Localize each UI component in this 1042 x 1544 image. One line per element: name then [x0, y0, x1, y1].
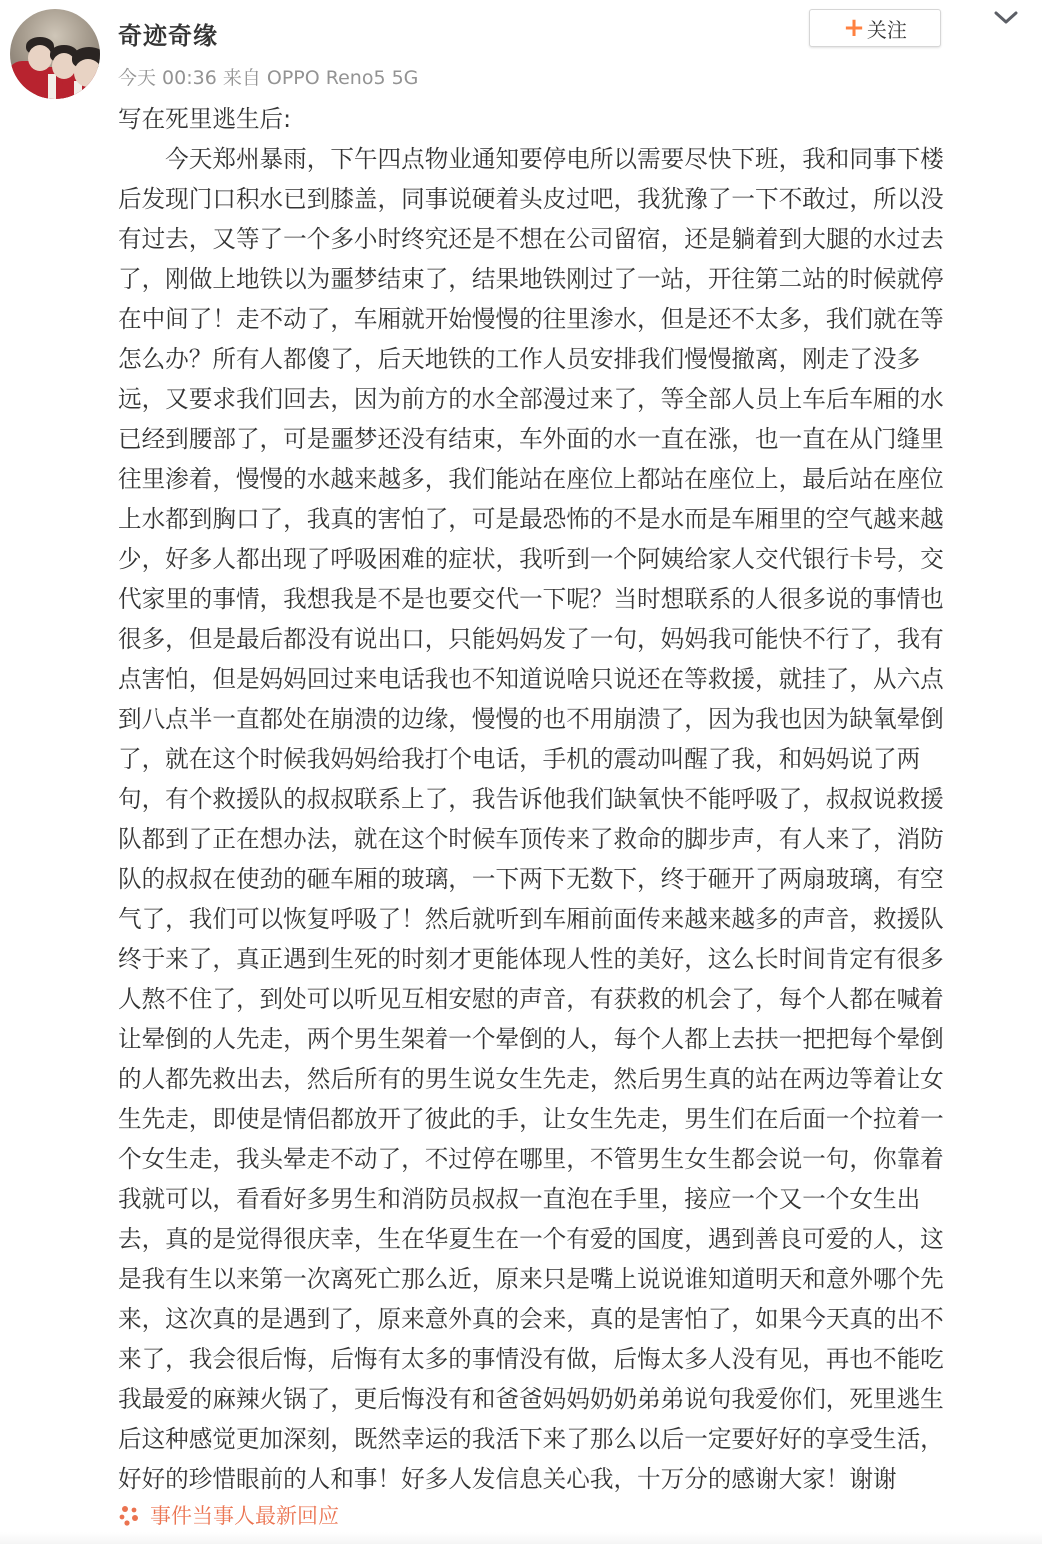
- avatar[interactable]: [10, 9, 100, 99]
- avatar-figure: [48, 74, 56, 99]
- author-name[interactable]: 奇迹奇缘: [118, 16, 218, 51]
- body-line: 好好的珍惜眼前的人和事！好多人发信息关心我，十万分的感谢大家！谢谢: [118, 1459, 1018, 1499]
- chevron-down-icon[interactable]: [992, 8, 1020, 28]
- body-line: 终于来了，真正遇到生死的时刻才更能体现人性的美好，这么长时间肯定有很多: [118, 939, 1018, 979]
- body-line: 往里渗着，慢慢的水越来越多，我们能站在座位上都站在座位上，最后站在座位: [118, 459, 1018, 499]
- body-line: 让晕倒的人先走，两个男生架着一个晕倒的人，每个人都上去扶一把把每个晕倒: [118, 1019, 1018, 1059]
- body-line: 来了，我会很后悔，后悔有太多的事情没有做，后悔太多人没有见，再也不能吃: [118, 1339, 1018, 1379]
- body-line: 到八点半一直都处在崩溃的边缘，慢慢的也不用崩溃了，因为我也因为缺氧晕倒: [118, 699, 1018, 739]
- body-line: 代家里的事情，我想我是不是也要交代一下呢？当时想联系的人很多说的事情也: [118, 579, 1018, 619]
- topic-dots-icon: [118, 1504, 140, 1526]
- body-line: 有过去，又等了一个多小时终究还是不想在公司留宿，还是躺着到大腿的水过去: [118, 219, 1018, 259]
- bottom-divider: [0, 1532, 1042, 1544]
- body-line: 少，好多人都出现了呼吸困难的症状，我听到一个阿姨给家人交代银行卡号，交: [118, 539, 1018, 579]
- body-line: 我最爱的麻辣火锅了，更后悔没有和爸爸妈妈奶奶弟弟说句我爱你们，死里逃生: [118, 1379, 1018, 1419]
- body-line: 后这种感觉更加深刻，既然幸运的我活下来了那么以后一定要好好的享受生活，: [118, 1419, 1018, 1459]
- body-line: 是我有生以来第一次离死亡那么近，原来只是嘴上说说谁知道明天和意外哪个先: [118, 1259, 1018, 1299]
- body-line: 队都到了正在想办法，就在这个时候车顶传来了救命的脚步声，有人来了，消防: [118, 819, 1018, 859]
- follow-label: 关注: [867, 14, 907, 43]
- body-line: 了，刚做上地铁以为噩梦结束了，结果地铁刚过了一站，开往第二站的时候就停: [118, 259, 1018, 299]
- body-line: 点害怕，但是妈妈回过来电话我也不知道说啥只说还在等救援，就挂了，从六点: [118, 659, 1018, 699]
- post-content: 写在死里逃生后: 今天郑州暴雨，下午四点物业通知要停电所以需要尽快下班，我和同事…: [118, 99, 1018, 1499]
- topic-link[interactable]: 事件当事人最新回应: [118, 1500, 339, 1530]
- body-line: 在中间了！走不动了，车厢就开始慢慢的往里渗水，但是还不太多，我们就在等: [118, 299, 1018, 339]
- body-line: 怎么办？所有人都傻了，后天地铁的工作人员安排我们慢慢撤离，刚走了没多: [118, 339, 1018, 379]
- body-line: 很多，但是最后都没有说出口，只能妈妈发了一句，妈妈我可能快不行了，我有: [118, 619, 1018, 659]
- body-line: 后发现门口积水已到膝盖，同事说硬着头皮过吧，我犹豫了一下不敢过，所以没: [118, 179, 1018, 219]
- body-line: 的人都先救出去，然后所有的男生说女生先走，然后男生真的站在两边等着让女: [118, 1059, 1018, 1099]
- plus-icon: +: [843, 15, 865, 41]
- body-line: 气了，我们可以恢复呼吸了！然后就听到车厢前面传来越来越多的声音，救援队: [118, 899, 1018, 939]
- body-line: 上水都到胸口了，我真的害怕了，可是最恐怖的不是水而是车厢里的空气越来越: [118, 499, 1018, 539]
- body-line: 人熬不住了，到处可以听见互相安慰的声音，有获救的机会了，每个人都在喊着: [118, 979, 1018, 1019]
- body-line: 我就可以，看看好多男生和消防员叔叔一直泡在手里，接应一个又一个女生出: [118, 1179, 1018, 1219]
- body-line: 今天郑州暴雨，下午四点物业通知要停电所以需要尽快下班，我和同事下楼: [118, 139, 1018, 179]
- body-line: 了，就在这个时候我妈妈给我打个电话，手机的震动叫醒了我，和妈妈说了两: [118, 739, 1018, 779]
- body-line: 队的叔叔在使劲的砸车厢的玻璃，一下两下无数下，终于砸开了两扇玻璃，有空: [118, 859, 1018, 899]
- body-line: 远，又要求我们回去，因为前方的水全部漫过来了，等全部人员上车后车厢的水: [118, 379, 1018, 419]
- body-line: 来，这次真的是遇到了，原来意外真的会来，真的是害怕了，如果今天真的出不: [118, 1299, 1018, 1339]
- body-line: 生先走，即使是情侣都放开了彼此的手，让女生先走，男生们在后面一个拉着一: [118, 1099, 1018, 1139]
- body-line: 句，有个救援队的叔叔联系上了，我告诉他我们缺氧快不能呼吸了，叔叔说救援: [118, 779, 1018, 819]
- post-meta: 今天 00:36 来自 OPPO Reno5 5G: [118, 63, 418, 90]
- avatar-figure: [74, 59, 100, 87]
- avatar-figure: [28, 45, 52, 71]
- topic-label: 事件当事人最新回应: [150, 1500, 339, 1530]
- follow-button[interactable]: + 关注: [809, 9, 941, 47]
- body-line: 个女生走，我头晕走不动了，不过停在哪里，不管男生女生都会说一句，你靠着: [118, 1139, 1018, 1179]
- body-line: 去，真的是觉得很庆幸，生在华夏生在一个有爱的国度，遇到善良可爱的人，这: [118, 1219, 1018, 1259]
- body-line: 已经到腰部了，可是噩梦还没有结束，车外面的水一直在涨，也一直在从门缝里: [118, 419, 1018, 459]
- post-title: 写在死里逃生后:: [118, 99, 1018, 139]
